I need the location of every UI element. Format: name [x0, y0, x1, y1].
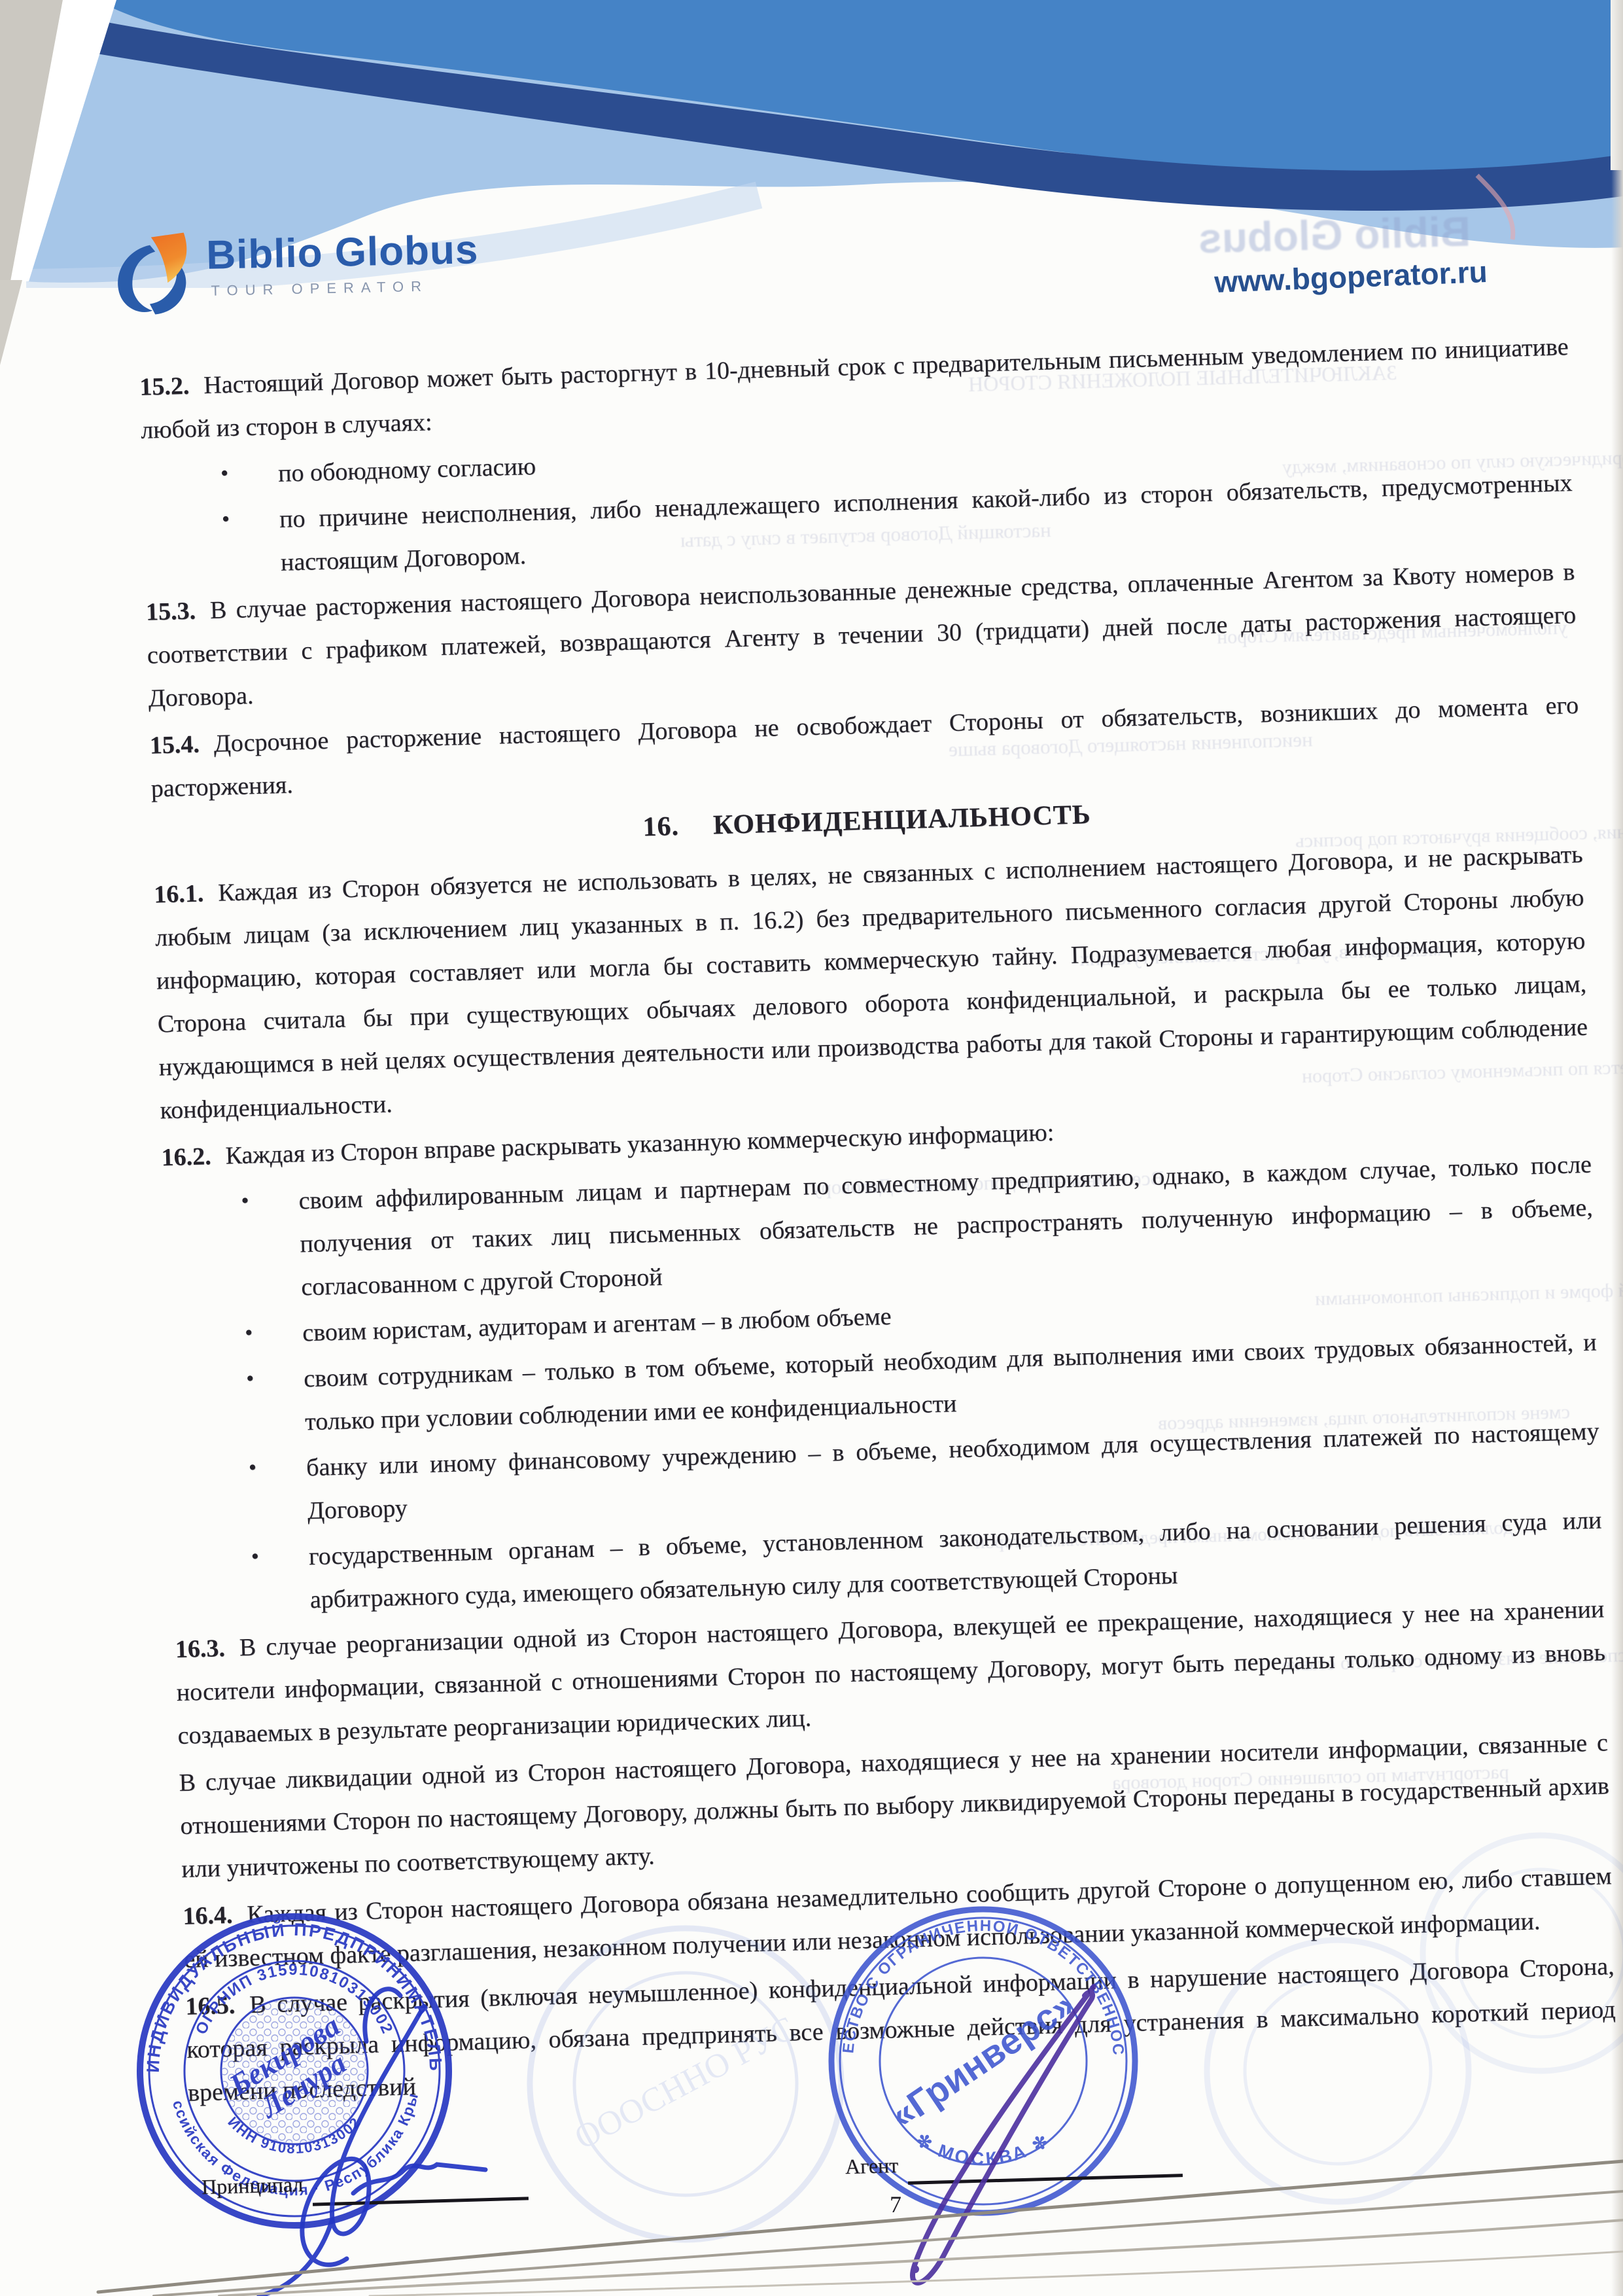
principal-signature-line	[313, 2197, 529, 2206]
bullet-marker: •	[221, 498, 230, 541]
contract-body: 15.2.Настоящий Договор может быть растор…	[139, 325, 1617, 2119]
clause-number: 15.3.	[146, 597, 211, 626]
clause-text: В случае раскрытия (включая неумышленное…	[186, 1952, 1616, 2107]
biblio-globus-logo-icon	[111, 232, 196, 319]
clause-16-1: 16.1.Каждая из Сторон обязуется не испол…	[153, 833, 1589, 1133]
clause-text: Каждая из Сторон обязуется не использова…	[155, 841, 1588, 1125]
agent-label: Агент	[845, 2153, 898, 2179]
clause-number: 16.5.	[185, 1991, 250, 2021]
bullet-marker: •	[244, 1312, 253, 1355]
clause-number: 15.4.	[149, 730, 214, 760]
svg-text:ИНН 910810313002: ИНН 910810313002	[224, 2113, 364, 2157]
page-number: 7	[890, 2191, 901, 2218]
bullet-marker: •	[245, 1358, 254, 1401]
bullet-marker: •	[251, 1535, 260, 1578]
clause-number: 15.2.	[139, 372, 204, 401]
bullet-text: по обоюдному согласию	[278, 453, 536, 487]
scanner-corner-lower	[0, 280, 22, 365]
stamp-ring-text: ИНН 910810313002	[224, 2113, 364, 2157]
section-number: 16.	[642, 811, 680, 843]
clause-number: 16.2.	[161, 1142, 226, 1172]
logo-subtitle: TOUR OPERATOR	[211, 277, 479, 300]
svg-text:✻ МОСКВА ✻: ✻ МОСКВА ✻	[913, 2129, 1055, 2169]
bullet-marker: •	[248, 1446, 257, 1489]
principal-label: Принципал	[201, 2172, 304, 2199]
biblio-globus-logo: Biblio Globus TOUR OPERATOR	[111, 226, 480, 319]
stamp-ring-text: ✻ МОСКВА ✻	[913, 2129, 1055, 2169]
logo-wordmark: Biblio Globus	[206, 226, 479, 279]
bullet-text: своим юристам, аудиторам и агентам – в л…	[302, 1303, 892, 1347]
clause-number: 16.4.	[183, 1901, 247, 1930]
clause-number: 16.1.	[154, 879, 218, 909]
paper-stack-edges	[98, 2161, 1623, 2296]
bullet-text: своим аффилированным лицам и партнерам п…	[298, 1151, 1593, 1301]
clause-number: 16.3.	[175, 1634, 239, 1663]
agent-signature-line	[908, 2174, 1183, 2185]
bullet-marker: •	[241, 1180, 250, 1223]
bullet-marker: •	[220, 452, 229, 495]
scanned-contract-page: Biblio Globus TOUR OPERATOR Biblio Globu…	[0, 0, 1623, 2296]
section-title: КОНФИДЕНЦИАЛЬНОСТЬ	[712, 800, 1091, 840]
